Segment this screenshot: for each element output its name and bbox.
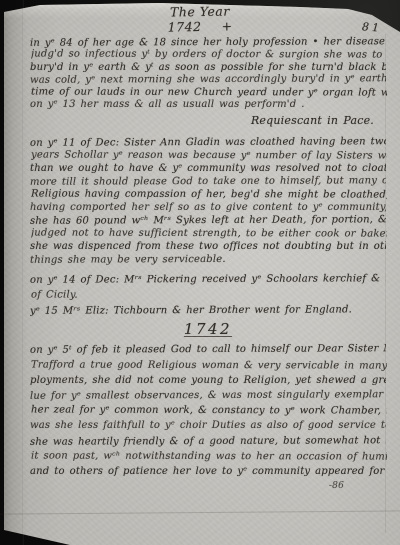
- manuscript-line: was she less faithfull to yᵉ choir Dutie…: [30, 418, 386, 433]
- manuscript-line: it soon past, wᶜʰ notwithstanding was to…: [31, 448, 387, 464]
- manuscript-line: her zeal for yᵉ common work, & constancy…: [31, 403, 387, 419]
- manuscript-line: 1742: [30, 320, 386, 338]
- manuscript-line: on yᵉ 5ᵗ of feb it pleased God to call t…: [30, 342, 386, 359]
- manuscript-photo: The Year 1742+ 81 in yᵉ 84 of her age & …: [0, 0, 400, 545]
- entry-tichbourn-england: yᵉ 15 Mʳˢ Eliz: Tichbourn & her Brother …: [30, 304, 386, 318]
- manuscript-line: Trafford a true good Religious woman & v…: [31, 357, 387, 373]
- manuscript-line: on yᵉ 14 of Dec: Mʳˢ Pickering received …: [30, 272, 386, 290]
- manuscript-line: on yᵉ 13 her mass & all as usuall was pe…: [30, 99, 386, 111]
- binding-crease: [22, 0, 24, 545]
- manuscript-line: of Cicily.: [31, 288, 387, 305]
- year-heading-1742: 1742: [30, 320, 386, 338]
- header-year: 1742: [168, 19, 202, 35]
- manuscript-body: in yᵉ 84 of her age & 18 since her holy …: [30, 37, 386, 491]
- manuscript-line: time of our lauds in our new Church year…: [31, 86, 387, 100]
- manuscript-line: Requiescant in Pace.: [30, 114, 374, 127]
- entry-ann-gladin-clothing: on yᵉ 11 of Dec: Sister Ann Gladin was c…: [30, 136, 386, 266]
- entry-burial-continued: in yᵉ 84 of her age & 18 since her holy …: [30, 37, 386, 111]
- entry-pickering-kerchief: on yᵉ 14 of Dec: Mʳˢ Pickering received …: [30, 272, 386, 304]
- manuscript-line: lue for yᵉ smallest observances, & was m…: [30, 387, 386, 404]
- page-number: 81: [362, 20, 383, 34]
- manuscript-line: and to others of patience her love to yᵉ…: [30, 464, 386, 479]
- manuscript-line: yᵉ 15 Mʳˢ Eliz: Tichbourn & her Brother …: [30, 304, 386, 320]
- manuscript-line: judged not to have sufficient strength, …: [31, 227, 387, 241]
- requiescant-note: Requiescant in Pace.: [30, 114, 386, 127]
- manuscript-line: bury'd in yᵉ earth & yᵗ as soon as possi…: [30, 62, 386, 74]
- manuscript-line: Religious having compassion of her, beg'…: [31, 188, 387, 202]
- entry-monica-trafford-death: on yᵉ 5ᵗ of feb it pleased God to call t…: [30, 342, 386, 479]
- manuscript-line: judg'd so infectious yᵗ by orders of doc…: [31, 49, 387, 63]
- manuscript-line: -86: [30, 481, 344, 491]
- footer-mark: -86: [30, 481, 386, 491]
- manuscript-line: she was heartily friendly & of a good na…: [30, 433, 386, 450]
- manuscript-line: years Schollar yᵉ reason was because yᵉ …: [31, 149, 387, 163]
- cross-mark: +: [201, 18, 232, 34]
- manuscript-line: was cold, yᵉ next morning she was accord…: [30, 73, 386, 87]
- manuscript-line: things she may be very serviceable.: [30, 253, 386, 268]
- manuscript-line: ployments, she did not come young to Rel…: [30, 373, 386, 388]
